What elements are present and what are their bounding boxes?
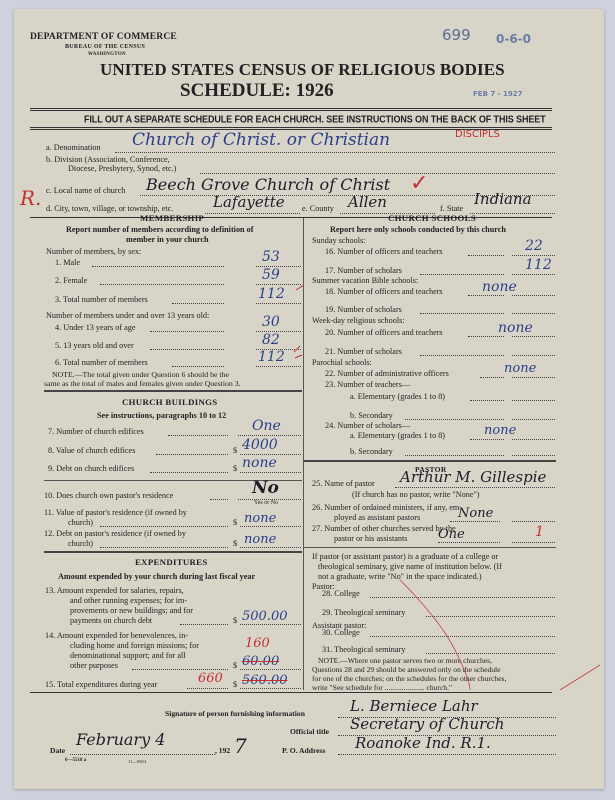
po-address-field[interactable]: Roanoke Ind. R.1. [355,734,491,752]
year-prefix: , 192 [215,746,230,755]
pencil-marks [0,0,615,800]
po-address-label: P. O. Address [282,746,325,755]
signature-field[interactable]: L. Berniece Lahr [350,697,478,715]
form-code: 6—5518 a [65,758,86,763]
date-field[interactable]: February 4 [76,730,165,749]
date-line [70,754,215,755]
official-title-label: Official title [290,727,329,736]
signature-label: Signature of person furnishing informati… [165,709,305,718]
print-code: 11—9584 [128,759,146,764]
year-field[interactable]: 7 [234,734,247,758]
po-address-line [338,754,556,755]
official-title-field[interactable]: Secretary of Church [350,715,504,733]
date-label: Date [50,746,65,755]
